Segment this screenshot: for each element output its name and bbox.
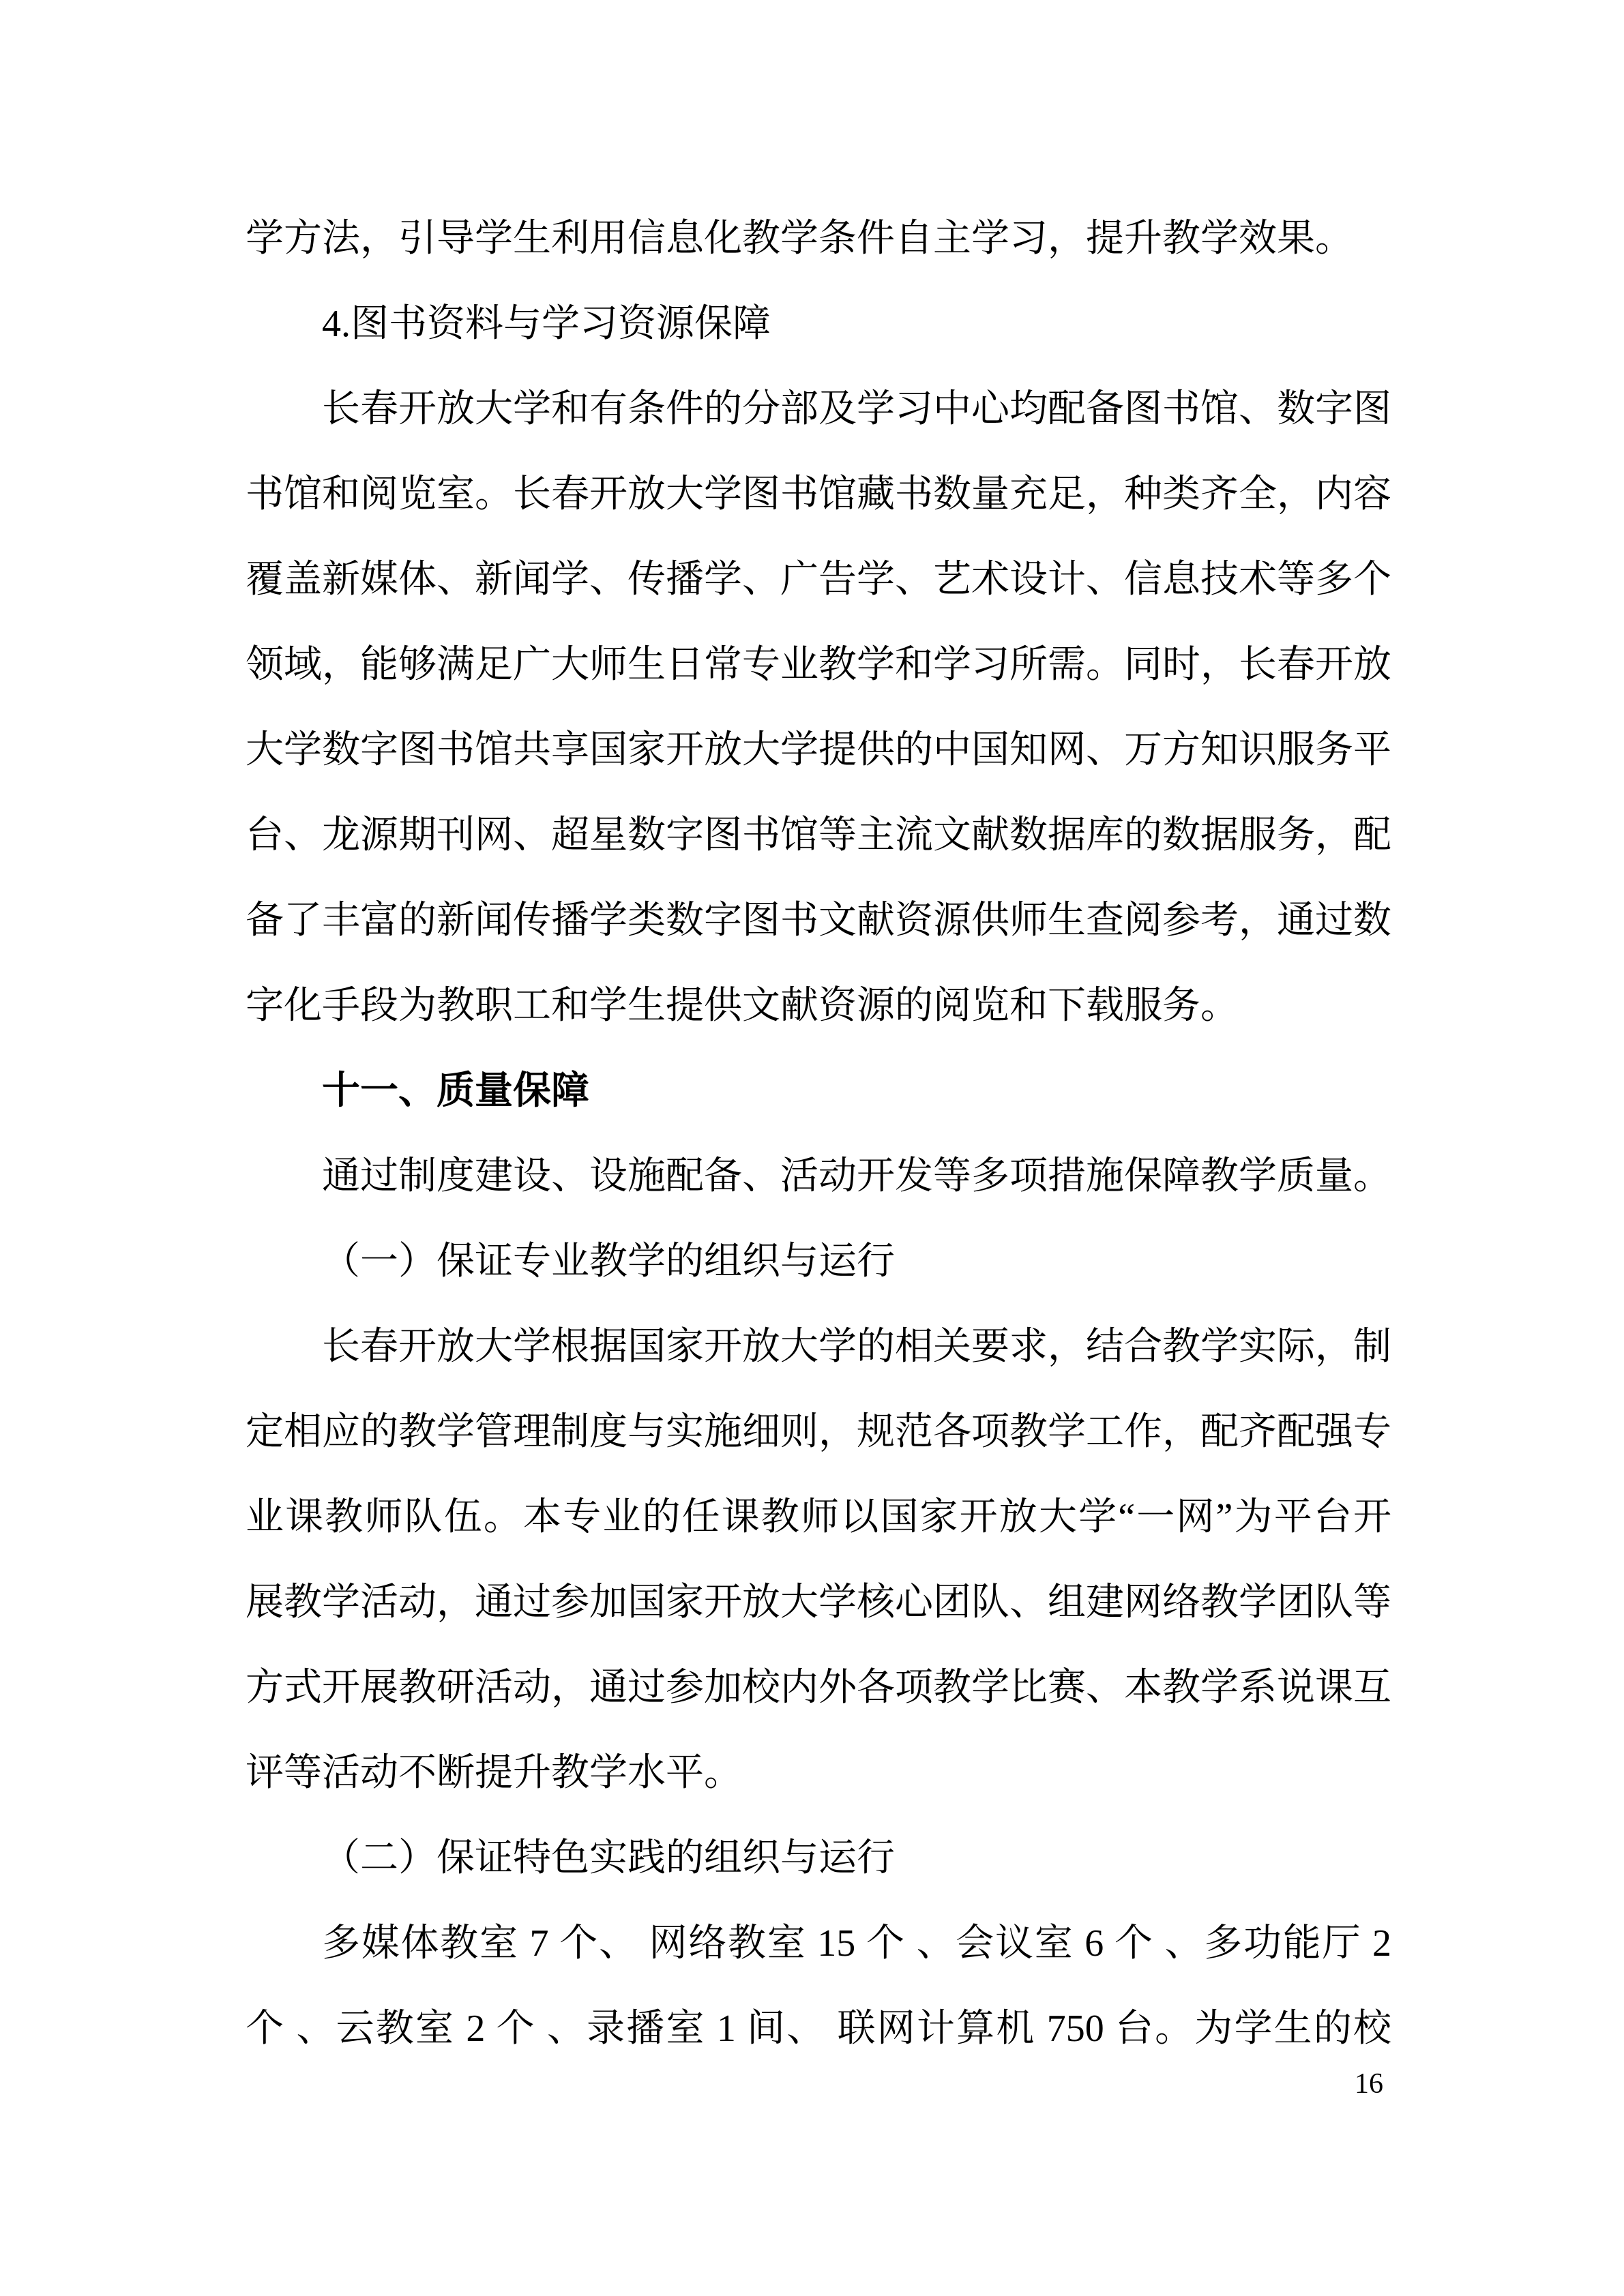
text-line: 多媒体教室 7 个、 网络教室 15 个 、会议室 6 个 、多功能厅 2 bbox=[246, 1901, 1391, 1986]
text-line: 业课教师队伍。本专业的任课教师以国家开放大学“一网”为平台开 bbox=[246, 1475, 1391, 1560]
text-line: 字化手段为教职工和学生提供文献资源的阅览和下载服务。 bbox=[246, 964, 1391, 1049]
text-line: 覆盖新媒体、新闻学、传播学、广告学、艺术设计、信息技术等多个 bbox=[246, 537, 1391, 623]
text-line: 个 、云教室 2 个 、录播室 1 间、 联网计算机 750 台。为学生的校 bbox=[246, 1986, 1391, 2072]
page-footer: 16 bbox=[246, 2063, 1391, 2104]
text-line: 评等活动不断提升教学水平。 bbox=[246, 1731, 1391, 1816]
text-line: 大学数字图书馆共享国家开放大学提供的中国知网、万方知识服务平 bbox=[246, 708, 1391, 793]
text-line: 领域，能够满足广大师生日常专业教学和学习所需。同时，长春开放 bbox=[246, 623, 1391, 708]
document-body: 学方法，引导学生利用信息化教学条件自主学习，提升教学效果。 4.图书资料与学习资… bbox=[246, 196, 1391, 2072]
section-heading-4: 4.图书资料与学习资源保障 bbox=[246, 282, 1391, 367]
subsection-heading-1: （一）保证专业教学的组织与运行 bbox=[246, 1219, 1391, 1304]
text-line: 书馆和阅览室。长春开放大学图书馆藏书数量充足，种类齐全，内容 bbox=[246, 452, 1391, 537]
text-line: 长春开放大学和有条件的分部及学习中心均配备图书馆、数字图 bbox=[246, 367, 1391, 452]
text-line: 展教学活动，通过参加国家开放大学核心团队、组建网络教学团队等 bbox=[246, 1560, 1391, 1645]
subsection-heading-2: （二）保证特色实践的组织与运行 bbox=[246, 1816, 1391, 1901]
text-line: 台、龙源期刊网、超星数字图书馆等主流文献数据库的数据服务，配 bbox=[246, 793, 1391, 878]
text-line: 长春开放大学根据国家开放大学的相关要求，结合教学实际，制 bbox=[246, 1304, 1391, 1390]
text-line: 方式开展教研活动，通过参加校内外各项教学比赛、本教学系说课互 bbox=[246, 1645, 1391, 1731]
page-number: 16 bbox=[1355, 2068, 1391, 2100]
text-line: 定相应的教学管理制度与实施细则，规范各项教学工作，配齐配强专 bbox=[246, 1390, 1391, 1475]
chapter-heading-11: 十一、质量保障 bbox=[246, 1049, 1391, 1134]
text-line: 通过制度建设、设施配备、活动开发等多项措施保障教学质量。 bbox=[246, 1134, 1391, 1219]
document-page: 学方法，引导学生利用信息化教学条件自主学习，提升教学效果。 4.图书资料与学习资… bbox=[0, 0, 1624, 2296]
text-line: 备了丰富的新闻传播学类数字图书文献资源供师生查阅参考，通过数 bbox=[246, 878, 1391, 964]
text-line: 学方法，引导学生利用信息化教学条件自主学习，提升教学效果。 bbox=[246, 196, 1391, 282]
